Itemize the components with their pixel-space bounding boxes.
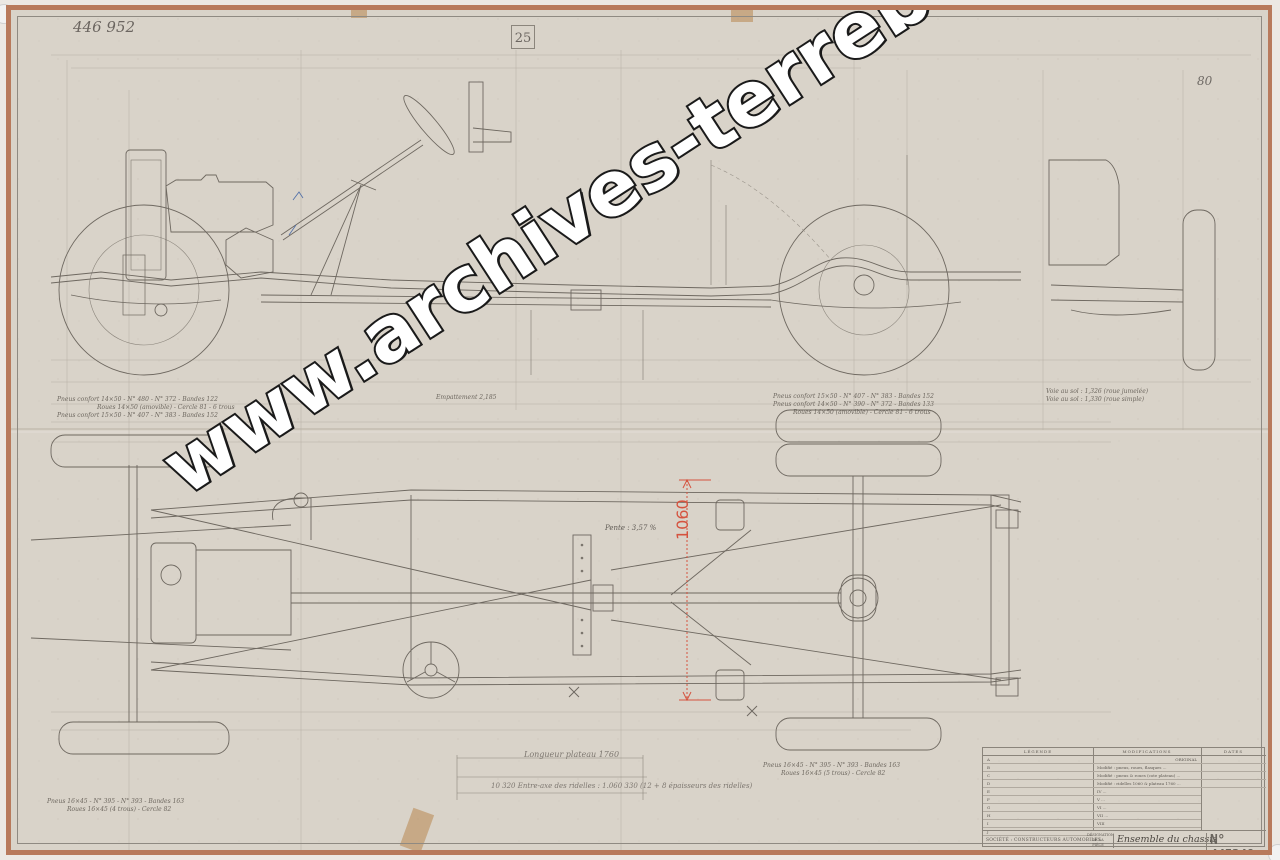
- legend-row: E: [983, 788, 1093, 796]
- modification-row: VIII: [1093, 820, 1201, 828]
- slope-label: Pente : 3,57 %: [605, 524, 656, 532]
- title-block: LÉGENDE A B C D E F G H I J MODIFICATION…: [982, 747, 1265, 847]
- platform-length: Longueur plateau 1760: [524, 750, 619, 759]
- date-row: [1201, 756, 1266, 764]
- bottom-right-note-2: Roues 16×45 (5 trous) - Cercle 82: [781, 770, 885, 777]
- bottom-left-note-2: Roues 16×45 (4 trous) - Cercle 82: [67, 806, 171, 813]
- ground-note-1: Voie au sol : 1,326 (roue jumelée): [1046, 388, 1148, 395]
- legend-row: I: [983, 820, 1093, 828]
- legend-row: F: [983, 796, 1093, 804]
- drawing-title: Ensemble du chassis: [1113, 834, 1217, 848]
- bottom-right-note-1: Pneus 16×45 - N° 395 - N° 393 - Bandes 1…: [763, 762, 900, 769]
- wheelbase-note: Empattement 2,185: [436, 394, 496, 401]
- date-row: [1201, 780, 1266, 788]
- dates-visas-column: DATES: [1201, 748, 1266, 830]
- legend-row: H: [983, 812, 1093, 820]
- blueprint-sheet: 446 952 25 80 Pneus confort 14×50 - N° 4…: [11, 10, 1268, 850]
- legend-header: LÉGENDE: [983, 748, 1093, 756]
- rear-tyre-note-3: Roues 14×50 (amovible) - Cercle 81 - 6 t…: [793, 409, 931, 416]
- modification-row: VII ...: [1093, 812, 1201, 820]
- modification-row: IV ...: [1093, 788, 1201, 796]
- rear-tyre-note-2: Pneus confort 14×50 - N° 390 - N° 372 - …: [773, 401, 934, 408]
- sheet-number: 25: [511, 25, 535, 49]
- modification-row: V ...: [1093, 796, 1201, 804]
- legend-column: LÉGENDE A B C D E F G H I J: [983, 748, 1094, 830]
- bottom-left-note-1: Pneus 16×45 - N° 395 - N° 393 - Bandes 1…: [47, 798, 184, 805]
- legend-row: B: [983, 764, 1093, 772]
- legend-row: A: [983, 756, 1093, 764]
- legend-row: G: [983, 804, 1093, 812]
- modification-row: Modifié : ridelles 1060 & plateau 1760 .…: [1093, 780, 1201, 788]
- legend-row: D: [983, 780, 1093, 788]
- modifications-column: MODIFICATIONS ORIGINAL Modifié : pneus, …: [1093, 748, 1202, 830]
- designation-label: DÉSIGNATION DE LA PIÈCE: [1087, 833, 1109, 848]
- modification-row: VI ...: [1093, 804, 1201, 812]
- date-row: [1201, 772, 1266, 780]
- title-block-footer: SOCIÉTÉ : CONSTRUCTEURS AUTOMOBILES DÉSI…: [983, 830, 1266, 849]
- platform-breakdown: 10 320 Entre-axe des ridelles : 1.060 33…: [491, 782, 752, 790]
- legend-row: C: [983, 772, 1093, 780]
- document-frame: 446 952 25 80 Pneus confort 14×50 - N° 4…: [0, 0, 1280, 860]
- modifications-header: MODIFICATIONS: [1093, 748, 1201, 756]
- red-dimension-value: 1060: [673, 499, 692, 540]
- ground-note-2: Voie au sol : 1,330 (roue simple): [1046, 396, 1144, 403]
- rear-tyre-note-1: Pneus confort 15×50 - N° 407 - N° 383 - …: [773, 393, 934, 400]
- corner-mark: 80: [1197, 74, 1212, 88]
- archive-number: 446 952: [73, 18, 135, 36]
- modification-row: Modifié : pneus & roues (cote plateau) .…: [1093, 772, 1201, 780]
- company-name: SOCIÉTÉ : CONSTRUCTEURS AUTOMOBILES: [986, 838, 1101, 843]
- drawing-number: N° 445248: [1206, 833, 1266, 850]
- date-row: [1201, 764, 1266, 772]
- modification-row: Modifié : pneus, roues, flasques ...: [1093, 764, 1201, 772]
- front-tyre-note-1: Pneus confort 14×50 - N° 480 - N° 372 - …: [57, 396, 218, 403]
- dates-header: DATES: [1201, 748, 1266, 756]
- modification-row: ORIGINAL: [1093, 756, 1201, 764]
